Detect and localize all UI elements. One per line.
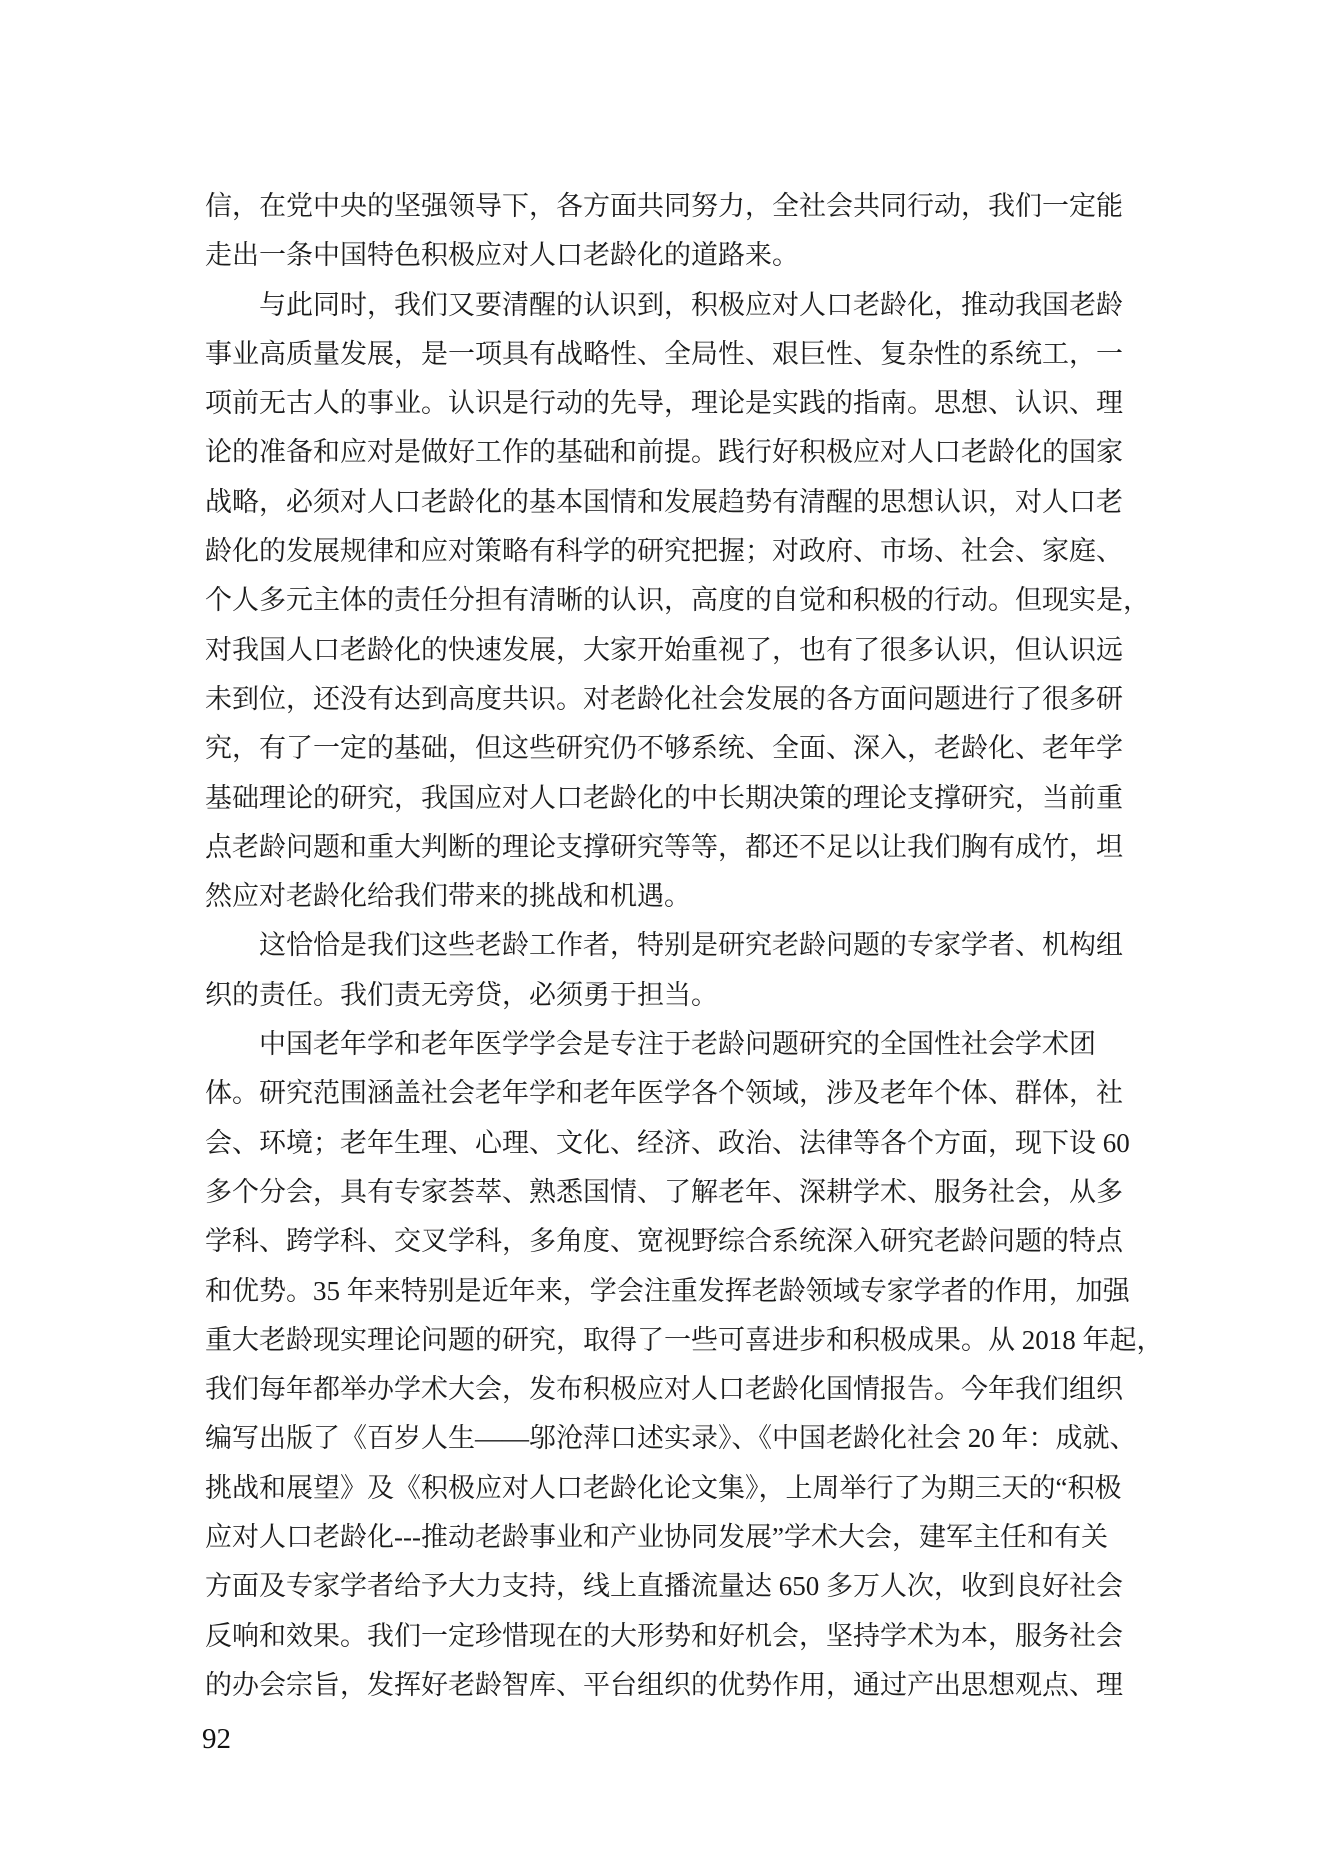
text-line: 重大老龄现实理论问题的研究，取得了一些可喜进步和积极成果。从 2018 年起， [205,1316,1120,1365]
text-block: 信，在党中央的坚强领导下，各方面共同努力，全社会共同行动，我们一定能走出一条中国… [205,182,1120,1710]
text-line: 未到位，还没有达到高度共识。对老龄化社会发展的各方面问题进行了很多研 [205,675,1120,724]
text-line: 走出一条中国特色积极应对人口老龄化的道路来。 [205,231,1120,280]
text-line: 挑战和展望》及《积极应对人口老龄化论文集》，上周举行了为期三天的“积极 [205,1464,1120,1513]
document-page: 信，在党中央的坚强领导下，各方面共同努力，全社会共同行动，我们一定能走出一条中国… [0,0,1323,1871]
text-line: 项前无古人的事业。认识是行动的先导，理论是实践的指南。思想、认识、理 [205,379,1120,428]
text-line: 多个分会，具有专家荟萃、熟悉国情、了解老年、深耕学术、服务社会，从多 [205,1168,1120,1217]
text-line: 我们每年都举办学术大会，发布积极应对人口老龄化国情报告。今年我们组织 [205,1365,1120,1414]
text-line: 然应对老龄化给我们带来的挑战和机遇。 [205,872,1120,921]
text-line: 方面及专家学者给予大力支持，线上直播流量达 650 多万人次，收到良好社会 [205,1562,1120,1611]
page-number: 92 [202,1722,231,1756]
text-line: 点老龄问题和重大判断的理论支撑研究等等，都还不足以让我们胸有成竹，坦 [205,823,1120,872]
text-line: 与此同时，我们又要清醒的认识到，积极应对人口老龄化，推动我国老龄 [205,281,1120,330]
text-line: 事业高质量发展，是一项具有战略性、全局性、艰巨性、复杂性的系统工，一 [205,330,1120,379]
text-line: 的办会宗旨，发挥好老龄智库、平台组织的优势作用，通过产出思想观点、理 [205,1661,1120,1710]
text-line: 龄化的发展规律和应对策略有科学的研究把握；对政府、市场、社会、家庭、 [205,527,1120,576]
text-line: 反响和效果。我们一定珍惜现在的大形势和好机会，坚持学术为本，服务社会 [205,1612,1120,1661]
text-line: 和优势。35 年来特别是近年来，学会注重发挥老龄领域专家学者的作用，加强 [205,1267,1120,1316]
text-line: 信，在党中央的坚强领导下，各方面共同努力，全社会共同行动，我们一定能 [205,182,1120,231]
text-line: 织的责任。我们责无旁贷，必须勇于担当。 [205,971,1120,1020]
text-line: 战略，必须对人口老龄化的基本国情和发展趋势有清醒的思想认识，对人口老 [205,478,1120,527]
text-line: 应对人口老龄化---推动老龄事业和产业协同发展”学术大会，建军主任和有关 [205,1513,1120,1562]
text-line: 究，有了一定的基础，但这些研究仍不够系统、全面、深入，老龄化、老年学 [205,724,1120,773]
text-line: 个人多元主体的责任分担有清晰的认识，高度的自觉和积极的行动。但现实是， [205,576,1120,625]
text-line: 基础理论的研究，我国应对人口老龄化的中长期决策的理论支撑研究，当前重 [205,774,1120,823]
text-line: 这恰恰是我们这些老龄工作者，特别是研究老龄问题的专家学者、机构组 [205,921,1120,970]
text-line: 体。研究范围涵盖社会老年学和老年医学各个领域，涉及老年个体、群体，社 [205,1069,1120,1118]
text-line: 编写出版了《百岁人生——邬沧萍口述实录》、《中国老龄化社会 20 年：成就、 [205,1414,1120,1463]
text-line: 中国老年学和老年医学学会是专注于老龄问题研究的全国性社会学术团 [205,1020,1120,1069]
text-line: 会、环境；老年生理、心理、文化、经济、政治、法律等各个方面，现下设 60 [205,1119,1120,1168]
text-line: 论的准备和应对是做好工作的基础和前提。践行好积极应对人口老龄化的国家 [205,428,1120,477]
text-line: 学科、跨学科、交叉学科，多角度、宽视野综合系统深入研究老龄问题的特点 [205,1217,1120,1266]
text-line: 对我国人口老龄化的快速发展，大家开始重视了，也有了很多认识，但认识远 [205,626,1120,675]
